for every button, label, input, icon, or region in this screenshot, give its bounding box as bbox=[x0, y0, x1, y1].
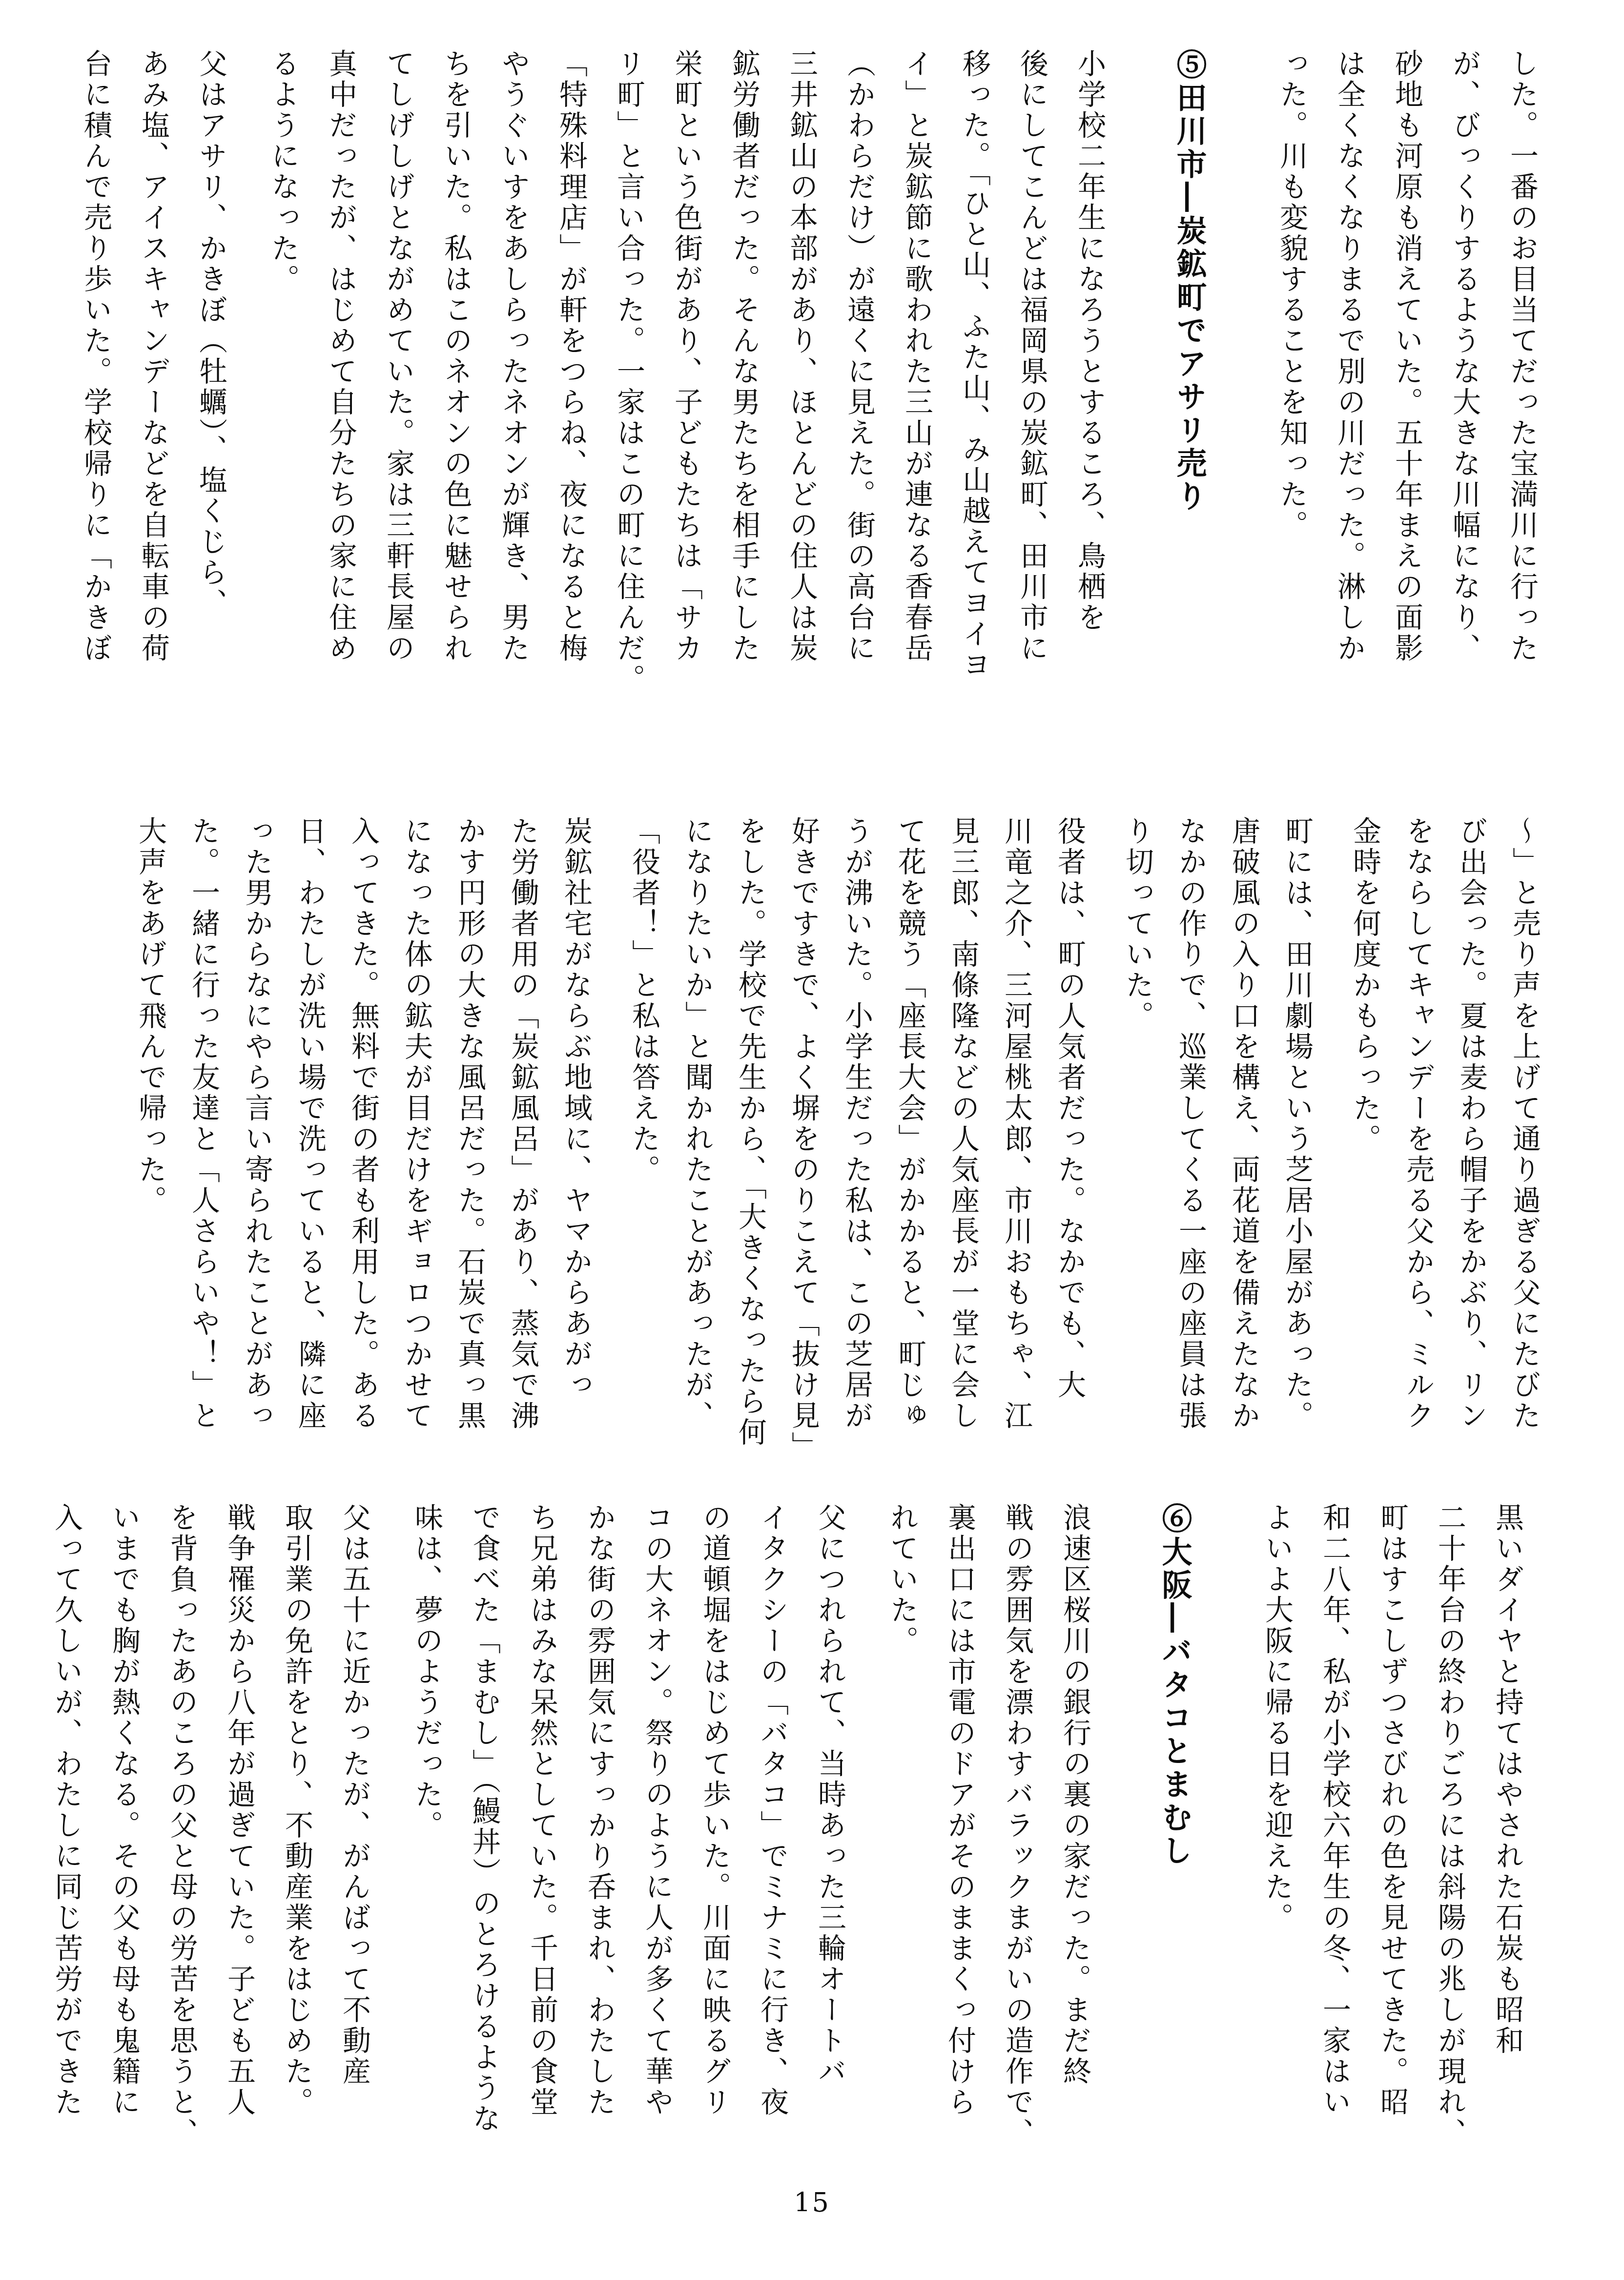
text-column: 父につれられて、当時あった三輪オートバ bbox=[801, 1503, 873, 2169]
text-column: った男からなにやら言い寄られたことがあっ bbox=[230, 816, 283, 1483]
text-column: リ町」と言い合った。一家はこの町に住んだ。 bbox=[600, 49, 658, 784]
text-column: て花を競う「座長大会」がかかると、町じゅ bbox=[883, 816, 936, 1483]
section-heading-6: ⑥大阪―バタコとまむし bbox=[1143, 1503, 1219, 2169]
text-column: 町には、田川劇場という芝居小屋があった。 bbox=[1270, 816, 1338, 1483]
text-column: 見三郎、南條隆などの人気座長が一堂に会し bbox=[936, 816, 989, 1483]
text-column: 役者は、町の人気者だった。なかでも、大 bbox=[1043, 816, 1110, 1483]
text-column: 大声をあげて飛んで帰った。 bbox=[123, 816, 177, 1483]
text-column: 川竜之介、三河屋桃太郎、市川おもちゃ、江 bbox=[989, 816, 1043, 1483]
text-column: が、びっくりするような大きな川幅になり、 bbox=[1436, 49, 1493, 784]
text-column: 真中だったが、はじめて自分たちの家に住め bbox=[312, 49, 370, 784]
text-column: 鉱労働者だった。そんな男たちを相手にした bbox=[715, 49, 773, 784]
text-column: で食べた「まむし」（鰻丼）のとろけるような bbox=[455, 1503, 513, 2169]
text-column: をならしてキャンデーを売る父から、ミルク bbox=[1391, 816, 1444, 1483]
text-column: 味は、夢のようだった。 bbox=[398, 1503, 455, 2169]
text-column: 栄町という色街があり、子どもたちは「サカ bbox=[658, 49, 715, 784]
text-column: イ」と炭鉱節に歌われた三山が連なる香春岳 bbox=[888, 49, 946, 784]
text-column: よいよ大阪に帰る日を迎えた。 bbox=[1248, 1503, 1306, 2169]
text-column: 唐破風の入り口を構え、両花道を備えたなか bbox=[1217, 816, 1270, 1483]
text-column: 移った。「ひと山、ふた山、み山越えてヨイヨ bbox=[946, 49, 1003, 784]
text-column: コの大ネオン。祭りのように人が多くて華や bbox=[628, 1503, 686, 2169]
text-column: 父は五十に近かったが、がんばって不動産 bbox=[326, 1503, 398, 2169]
text-column: いまでも胸が熱くなる。その父も母も鬼籍に bbox=[95, 1503, 153, 2169]
text-column: 好きですきで、よく塀をのりこえて「抜け見」 bbox=[777, 816, 830, 1483]
text-column: 裏出口には市電のドアがそのままくっ付けら bbox=[931, 1503, 988, 2169]
text-column: 二十年台の終わりごろには斜陽の兆しが現れ、 bbox=[1421, 1503, 1479, 2169]
text-column: び出会った。夏は麦わら帽子をかぶり、リン bbox=[1444, 816, 1498, 1483]
text-column: 戦の雰囲気を漂わすバラックまがいの造作で、 bbox=[988, 1503, 1046, 2169]
page-number: 15 bbox=[0, 2187, 1624, 2218]
text-column: なかの作りで、巡業してくる一座の座員は張 bbox=[1164, 816, 1217, 1483]
text-column: 取引業の免許をとり、不動産業をはじめた。 bbox=[268, 1503, 326, 2169]
text-column: うが沸いた。小学生だった私は、この芝居が bbox=[830, 816, 883, 1483]
band-bottom: 黒いダイヤと持てはやされた石炭も昭和 二十年台の終わりごろには斜陽の兆しが現れ、… bbox=[38, 1503, 1551, 2169]
text-column: 浪速区桜川の銀行の裏の家だった。まだ終 bbox=[1046, 1503, 1118, 2169]
text-column: した。一番のお目当てだった宝満川に行った bbox=[1493, 49, 1551, 784]
text-column: になりたいか」と聞かれたことがあったが、 bbox=[670, 816, 723, 1483]
text-column: り切っていた。 bbox=[1110, 816, 1164, 1483]
text-column: は全くなくなりまるで別の川だった。淋しか bbox=[1320, 49, 1378, 784]
text-column: 日、わたしが洗い場で洗っていると、隣に座 bbox=[283, 816, 336, 1483]
text-column: てしげしげとながめていた。家は三軒長屋の bbox=[370, 49, 427, 784]
text-column: た労働者用の「炭鉱風呂」があり、蒸気で沸 bbox=[496, 816, 549, 1483]
text-column: やうぐいすをあしらったネオンが輝き、男た bbox=[485, 49, 542, 784]
text-column: 小学校二年生になろうとするころ、鳥栖を bbox=[1061, 49, 1133, 784]
text-column: 黒いダイヤと持てはやされた石炭も昭和 bbox=[1479, 1503, 1551, 2169]
text-column: ち兄弟はみな呆然としていた。千日前の食堂 bbox=[513, 1503, 571, 2169]
text-column: 父はアサリ、かきぼ（牡蠣）、塩くじら、 bbox=[182, 49, 254, 784]
text-column: 町はすこしずつさびれの色を見せてきた。昭 bbox=[1363, 1503, 1421, 2169]
text-column: （かわらだけ）が遠くに見えた。街の高台に bbox=[830, 49, 888, 784]
text-column: 戦争罹災から八年が過ぎていた。子ども五人 bbox=[210, 1503, 268, 2169]
text-column: 金時を何度かもらった。 bbox=[1338, 816, 1391, 1483]
text-column: れていた。 bbox=[873, 1503, 931, 2169]
text-column: の道頓堀をはじめて歩いた。川面に映るグリ bbox=[686, 1503, 743, 2169]
text-column: かな街の雰囲気にすっかり呑まれ、わたした bbox=[571, 1503, 628, 2169]
text-column: あみ塩、アイスキャンデーなどを自転車の荷 bbox=[124, 49, 182, 784]
text-column: イタクシーの「バタコ」でミナミに行き、夜 bbox=[743, 1503, 801, 2169]
text-column: 「役者！」と私は答えた。 bbox=[617, 816, 670, 1483]
text-column: 台に積んで売り歩いた。学校帰りに「かきぼ bbox=[67, 49, 124, 784]
text-column: 〜」と売り声を上げて通り過ぎる父にたびた bbox=[1498, 816, 1551, 1483]
text-column: 炭鉱社宅がならぶ地域に、ヤマからあがっ bbox=[549, 816, 617, 1483]
text-column: 和二八年、私が小学校六年生の冬、一家はい bbox=[1306, 1503, 1363, 2169]
text-column: るようになった。 bbox=[254, 49, 312, 784]
text-column: 入ってきた。無料で街の者も利用した。ある bbox=[336, 816, 390, 1483]
text-column: 後にしてこんどは福岡県の炭鉱町、田川市に bbox=[1003, 49, 1061, 784]
section-heading-5: ⑤田川市―炭鉱町でアサリ売り bbox=[1157, 49, 1233, 784]
text-column: 「特殊料理店」が軒をつらね、夜になると梅 bbox=[542, 49, 600, 784]
text-column: た。一緒に行った友達と「人さらいや！」と bbox=[177, 816, 230, 1483]
text-column: 砂地も河原も消えていた。五十年まえの面影 bbox=[1378, 49, 1436, 784]
text-column: かす円形の大きな風呂だった。石炭で真っ黒 bbox=[443, 816, 496, 1483]
text-column: った。川も変貌することを知った。 bbox=[1263, 49, 1320, 784]
text-column: を背負ったあのころの父と母の労苦を思うと、 bbox=[153, 1503, 210, 2169]
text-column: をした。学校で先生から、「大きくなったら何 bbox=[723, 816, 777, 1483]
band-middle: 〜」と売り声を上げて通り過ぎる父にたびた び出会った。夏は麦わら帽子をかぶり、リ… bbox=[123, 816, 1551, 1483]
text-column: になった体の鉱夫が目だけをギョロつかせて bbox=[390, 816, 443, 1483]
text-column: 三井鉱山の本部があり、ほとんどの住人は炭 bbox=[773, 49, 830, 784]
text-column: 入って久しいが、わたしに同じ苦労ができた bbox=[38, 1503, 95, 2169]
band-top: した。一番のお目当てだった宝満川に行った が、びっくりするような大きな川幅になり… bbox=[67, 49, 1551, 784]
text-column: ちを引いた。私はこのネオンの色に魅せられ bbox=[427, 49, 485, 784]
